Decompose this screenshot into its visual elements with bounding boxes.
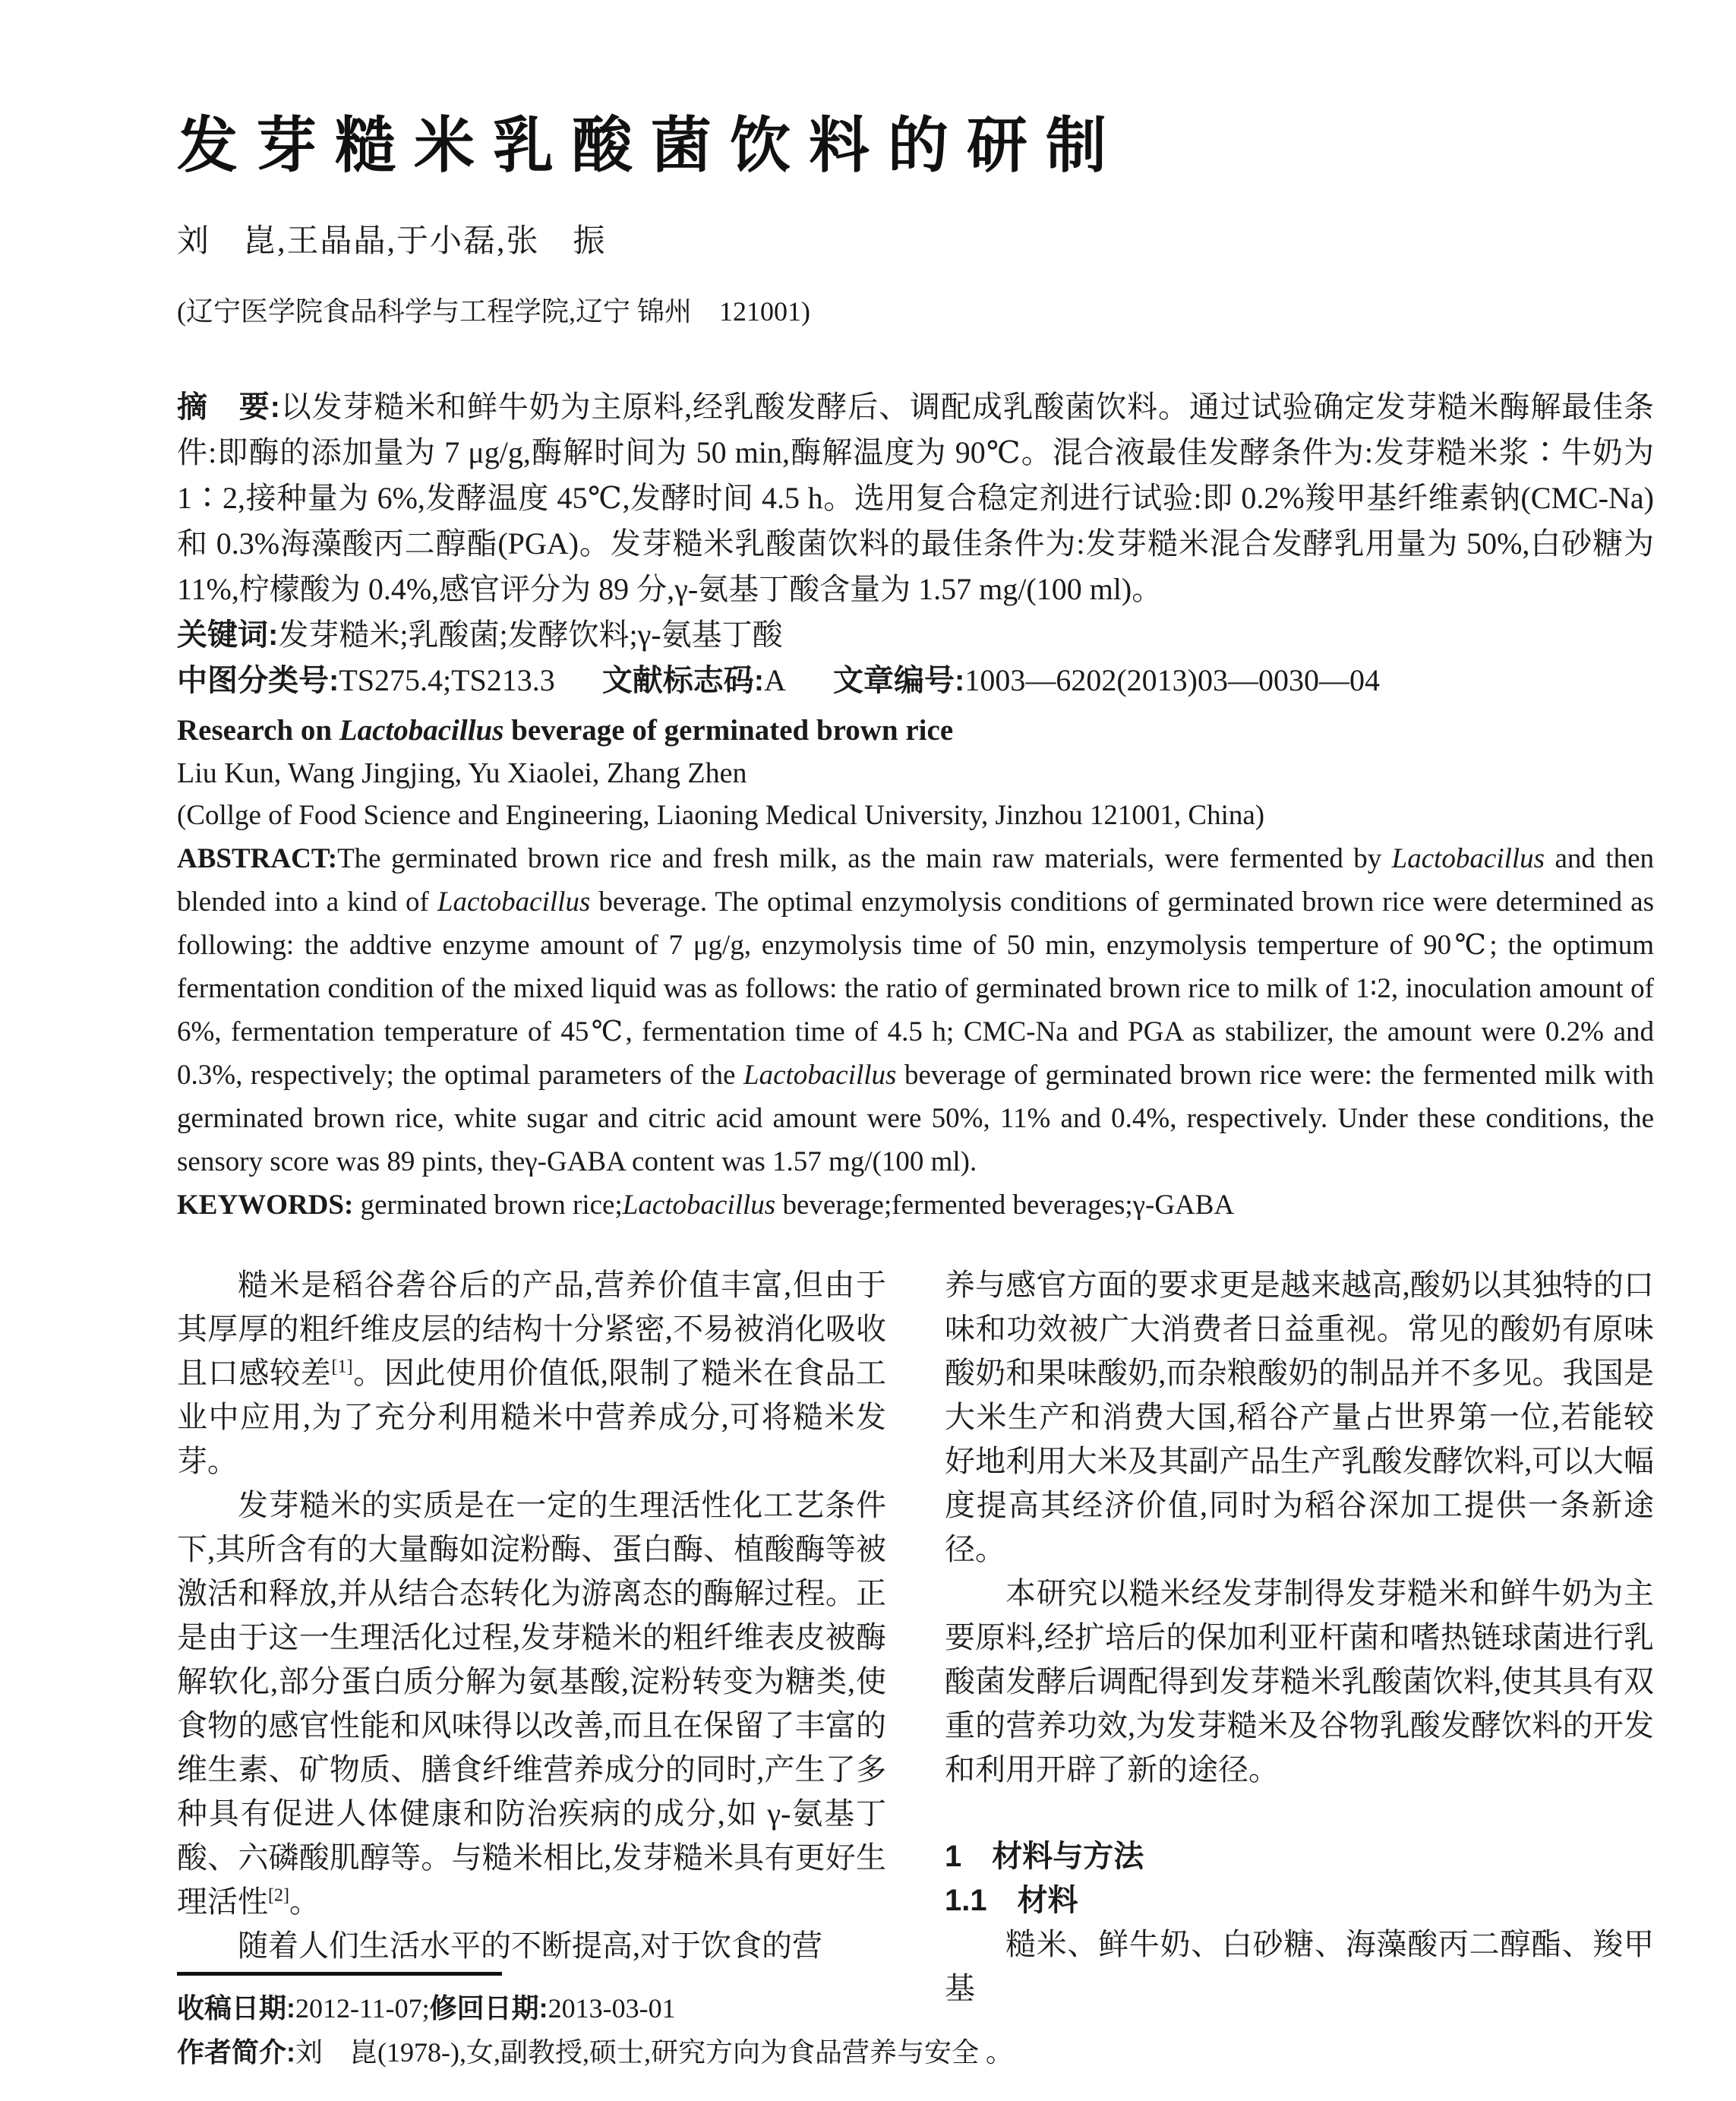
authors-en: Liu Kun, Wang Jingjing, Yu Xiaolei, Zhan… bbox=[177, 752, 1654, 795]
clc-number: 中图分类号:TS275.4;TS213.3 bbox=[177, 663, 555, 697]
document-code-label: 文献标志码: bbox=[602, 664, 764, 697]
body-paragraph: 随着人们生活水平的不断提高,对于饮食的营 bbox=[177, 1924, 886, 1968]
document-code: 文献标志码:A bbox=[602, 663, 786, 697]
keywords-en: KEYWORDS: germinated brown rice;Lactobac… bbox=[177, 1183, 1654, 1227]
classification-line: 中图分类号:TS275.4;TS213.3文献标志码:A文章编号:1003—62… bbox=[177, 658, 1654, 703]
body-columns: 糙米是稻谷砻谷后的产品,营养价值丰富,但由于其厚厚的粗纤维皮层的结构十分紧密,不… bbox=[177, 1263, 1654, 2011]
clc-label: 中图分类号: bbox=[177, 664, 339, 697]
section-heading-materials-methods: 1 材料与方法 bbox=[945, 1834, 1654, 1878]
affiliation-en: (Collge of Food Science and Engineering,… bbox=[177, 795, 1654, 837]
keywords-en-text: germinated brown rice;Lactobacillus beve… bbox=[353, 1190, 1234, 1221]
received-dates-line: 收稿日期:2012-11-07;修回日期:2013-03-01 bbox=[177, 1986, 1654, 2030]
keywords-cn-text: 发芽糙米;乳酸菌;发酵饮料;γ-氨基丁酸 bbox=[278, 618, 782, 652]
body-column-right: 养与感官方面的要求更是越来越高,酸奶以其独特的口味和功效被广大消费者日益重视。常… bbox=[945, 1263, 1654, 2011]
footnote-separator bbox=[177, 1972, 502, 1976]
article-id: 文章编号:1003—6202(2013)03—0030—04 bbox=[833, 663, 1380, 697]
abstract-en: ABSTRACT:The germinated brown rice and f… bbox=[177, 837, 1654, 1183]
abstract-cn-label: 摘 要: bbox=[177, 390, 280, 424]
keywords-cn-label: 关键词: bbox=[177, 618, 278, 652]
subsection-heading-materials: 1.1 材料 bbox=[945, 1878, 1654, 1922]
keywords-en-label: KEYWORDS: bbox=[177, 1190, 353, 1221]
affiliation-cn: (辽宁医学院食品科学与工程学院,辽宁 锦州 121001) bbox=[177, 296, 1654, 327]
page-content: 发芽糙米乳酸菌饮料的研制 刘 崑,王晶晶,于小磊,张 振 (辽宁医学院食品科学与… bbox=[177, 0, 1654, 2011]
body-column-left: 糙米是稻谷砻谷后的产品,营养价值丰富,但由于其厚厚的粗纤维皮层的结构十分紧密,不… bbox=[177, 1263, 886, 2011]
paper-title-en: Research on Lactobacillus beverage of ge… bbox=[177, 709, 1654, 752]
body-paragraph: 糙米是稻谷砻谷后的产品,营养价值丰富,但由于其厚厚的粗纤维皮层的结构十分紧密,不… bbox=[177, 1263, 886, 1483]
authors-cn: 刘 崑,王晶晶,于小磊,张 振 bbox=[177, 223, 1654, 260]
abstract-cn-text: 以发芽糙米和鲜牛奶为主原料,经乳酸发酵后、调配成乳酸菌饮料。通过试验确定发芽糙米… bbox=[177, 390, 1654, 606]
body-paragraph: 本研究以糙米经发芽制得发芽糙米和鲜牛奶为主要原料,经扩培后的保加利亚杆菌和嗜热链… bbox=[945, 1572, 1654, 1792]
keywords-cn: 关键词:发芽糙米;乳酸菌;发酵饮料;γ-氨基丁酸 bbox=[177, 612, 1654, 658]
clc-value: TS275.4;TS213.3 bbox=[339, 663, 554, 697]
footnote-block: 收稿日期:2012-11-07;修回日期:2013-03-01 作者简介:刘 崑… bbox=[177, 1972, 1654, 2074]
abstract-en-label: ABSTRACT: bbox=[177, 843, 337, 874]
article-id-value: 1003—6202(2013)03—0030—04 bbox=[964, 663, 1380, 697]
abstract-cn: 摘 要:以发芽糙米和鲜牛奶为主原料,经乳酸发酵后、调配成乳酸菌饮料。通过试验确定… bbox=[177, 384, 1654, 612]
abstract-en-text: The germinated brown rice and fresh milk… bbox=[177, 843, 1654, 1177]
document-code-value: A bbox=[764, 663, 786, 697]
scanned-paper-page: 发芽糙米乳酸菌饮料的研制 刘 崑,王晶晶,于小磊,张 振 (辽宁医学院食品科学与… bbox=[0, 0, 1736, 2101]
body-paragraph: 养与感官方面的要求更是越来越高,酸奶以其独特的口味和功效被广大消费者日益重视。常… bbox=[945, 1263, 1654, 1572]
paper-title-cn: 发芽糙米乳酸菌饮料的研制 bbox=[177, 112, 1654, 179]
body-paragraph: 发芽糙米的实质是在一定的生理活性化工艺条件下,其所含有的大量酶如淀粉酶、蛋白酶、… bbox=[177, 1483, 886, 1924]
article-id-label: 文章编号: bbox=[833, 664, 964, 697]
author-bio-line: 作者简介:刘 崑(1978-),女,副教授,硕士,研究方向为食品营养与安全 。 bbox=[177, 2030, 1654, 2074]
